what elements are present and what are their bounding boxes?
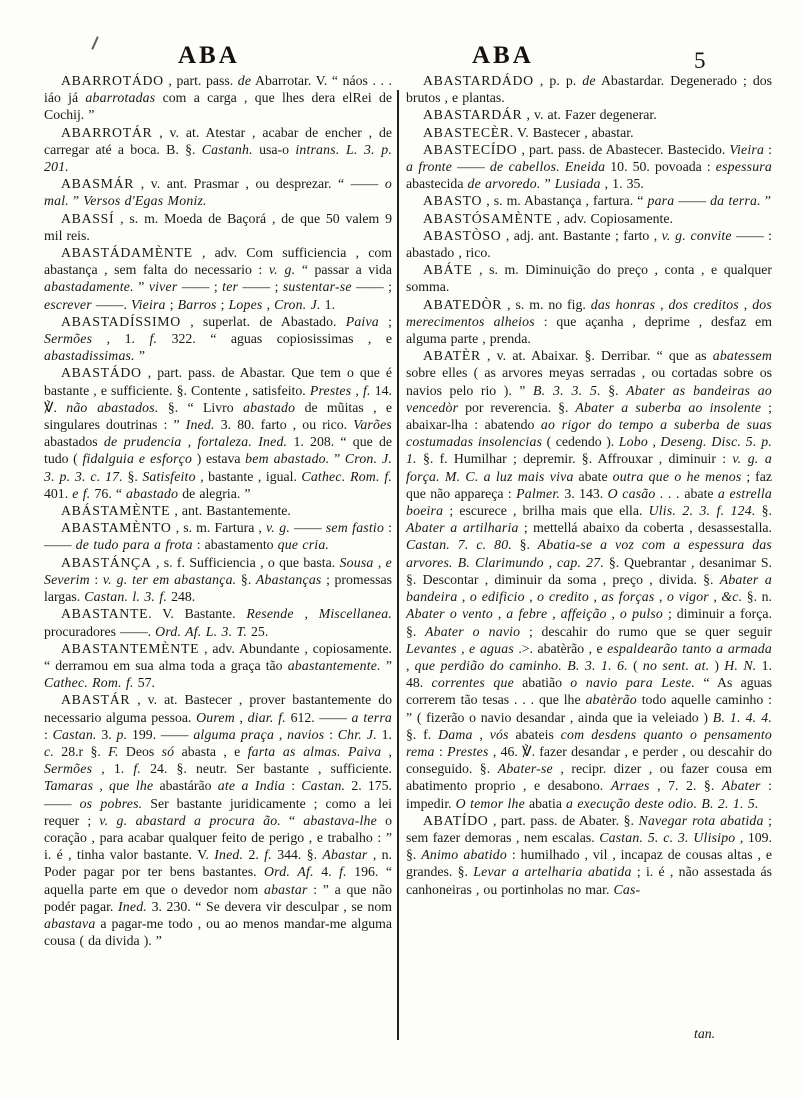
dictionary-entry: ABATEDÒR , s. m. no fig. das honras , do… [406, 296, 772, 348]
entry-headword: ABASTANTEMÈNTE [61, 641, 199, 656]
dictionary-entry: ABASSÍ , s. m. Moeda de Baçorá , de que … [44, 210, 392, 244]
entry-headword: ABASTANTE [61, 606, 148, 621]
dictionary-entry: ABATÈR , v. at. Abaixar. §. Derribar. “ … [406, 347, 772, 811]
entry-headword: ABASTADÍSSIMO [61, 314, 181, 329]
entry-headword: ABARROTÁR [61, 125, 152, 140]
entry-headword: ABASTÁNÇA [61, 555, 152, 570]
entry-headword: ABATÍDO [423, 813, 488, 828]
entry-headword: ABÁSTAMÈNTE [61, 503, 170, 518]
entry-headword: ABASTARDÁDO [423, 73, 534, 88]
entry-headword: ABASTARDÁR [423, 107, 522, 122]
text-columns: ABARROTÁDO , part. pass. de Abarrotar. V… [44, 72, 772, 949]
dictionary-entry: ABASTÁDO , part. pass. de Abastar. Que t… [44, 364, 392, 502]
dictionary-entry: ABASTANTEMÈNTE , adv. Abundante , copios… [44, 640, 392, 692]
dictionary-entry: ABATÍDO , part. pass. de Abater. §. Nave… [406, 812, 772, 898]
dictionary-entry: ABASTADÍSSIMO , superlat. de Abastado. P… [44, 313, 392, 365]
dictionary-entry: ABASTARDÁDO , p. p. de Abastardar. Degen… [406, 72, 772, 106]
dictionary-entry: ABASTO , s. m. Abastança , fartura. “ pa… [406, 192, 772, 209]
running-head-left: ABA [178, 42, 240, 70]
dictionary-entry: ABASTAMÈNTO , s. m. Fartura , v. g. —— s… [44, 519, 392, 553]
dictionary-entry: ABASTÓSAMÈNTE , adv. Copiosamente. [406, 210, 772, 227]
dictionary-entry: ABASMÁR , v. ant. Prasmar , ou desprezar… [44, 175, 392, 209]
dictionary-entry: ABÁTE , s. m. Diminuição do preço , cont… [406, 261, 772, 295]
entry-headword: ABASTÁDAMÈNTE [61, 245, 193, 260]
entry-headword: ABASTÓSAMÈNTE [423, 211, 552, 226]
entry-headword: ABASTO [423, 193, 482, 208]
entry-headword: ABASTECÍDO [423, 142, 517, 157]
entry-headword: ABATÈR [423, 348, 481, 363]
entry-headword: ABASTECÈR [423, 125, 510, 140]
entry-headword: ABASMÁR [61, 176, 134, 191]
page-number: 5 [694, 48, 706, 74]
dictionary-entry: ABASTÒSO , adj. ant. Bastante ; farto , … [406, 227, 772, 261]
dictionary-page: ABA ABA 5 ABARROTÁDO , part. pass. de Ab… [0, 0, 802, 1100]
catchword: tan. [694, 1026, 715, 1042]
dictionary-entry: ABARROTÁR , v. at. Atestar , acabar de e… [44, 124, 392, 176]
dictionary-entry: ABASTARDÁR , v. at. Fazer degenerar. [406, 106, 772, 123]
dictionary-entry: ABASTANTE. V. Bastante. Resende , Miscel… [44, 605, 392, 639]
dictionary-entry: ABÁSTAMÈNTE , ant. Bastantemente. [44, 502, 392, 519]
entry-headword: ABATEDÒR [423, 297, 502, 312]
dictionary-entry: ABASTÁR , v. at. Bastecer , prover basta… [44, 691, 392, 949]
entry-headword: ABASTÁDO [61, 365, 142, 380]
entry-headword: ABARROTÁDO [61, 73, 164, 88]
dictionary-entry: ABASTECÍDO , part. pass. de Abastecer. B… [406, 141, 772, 193]
dictionary-entry: ABASTÁNÇA , s. f. Sufficiencia , o que b… [44, 554, 392, 606]
entry-headword: ABASSÍ [61, 211, 114, 226]
dictionary-column-right: ABASTARDÁDO , p. p. de Abastardar. Degen… [406, 72, 772, 949]
entry-headword: ABASTÁR [61, 692, 130, 707]
dictionary-entry: ABASTÁDAMÈNTE , adv. Com sufficiencia , … [44, 244, 392, 313]
running-head-right: ABA [472, 42, 534, 70]
dictionary-entry: ABASTECÈR. V. Bastecer , abastar. [406, 124, 772, 141]
entry-headword: ABASTAMÈNTO [61, 520, 172, 535]
entry-headword: ABASTÒSO [423, 228, 501, 243]
scan-artifact-mark [91, 36, 99, 50]
entry-headword: ABÁTE [423, 262, 473, 277]
dictionary-entry: ABARROTÁDO , part. pass. de Abarrotar. V… [44, 72, 392, 124]
dictionary-column-left: ABARROTÁDO , part. pass. de Abarrotar. V… [44, 72, 392, 949]
